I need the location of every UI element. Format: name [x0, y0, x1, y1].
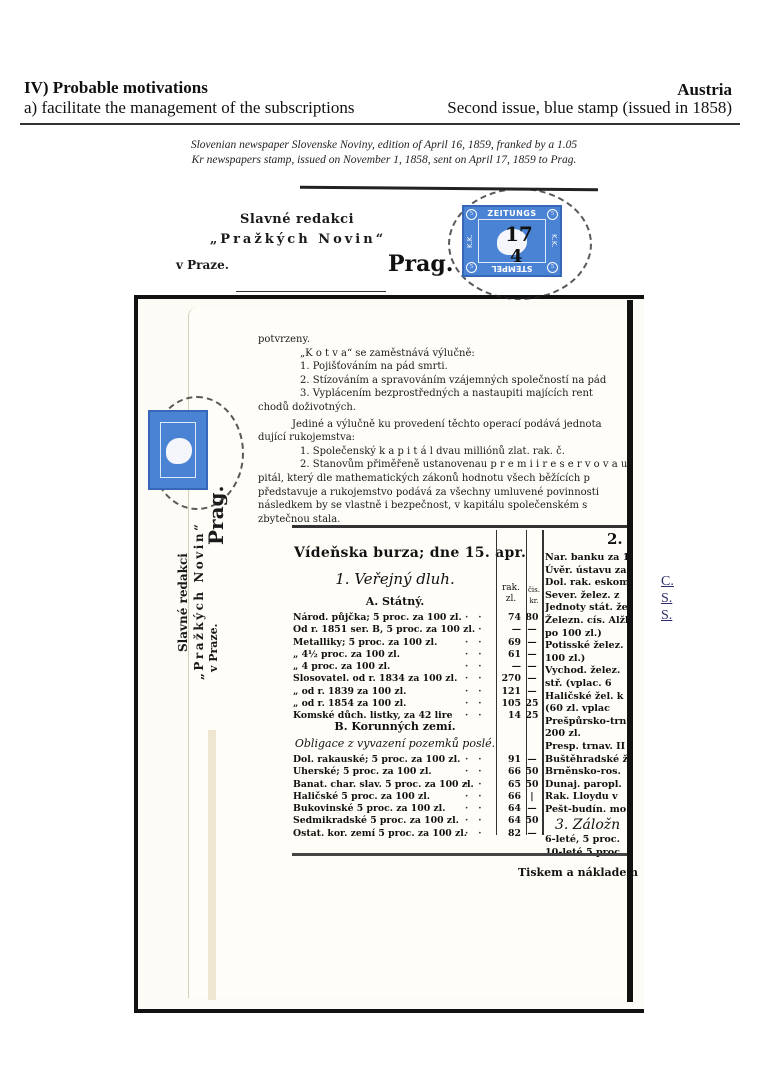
leader-dots: ·· — [465, 637, 491, 649]
cell-zl: 91 — [495, 754, 521, 766]
page-number: 2. — [607, 530, 623, 548]
cell-kr: — — [525, 754, 539, 766]
margin-codes: C.S.S. — [661, 573, 674, 624]
newspaper-bottom-divider — [292, 853, 627, 856]
stock-table-title: Vídeňska burza; dne 15. apr. — [294, 545, 526, 561]
corner-ornament: 5 — [547, 209, 558, 220]
leader-dots: ·· — [465, 779, 491, 791]
paper-fold — [208, 730, 216, 1000]
address-line-2: „Pražkých Novin“ — [208, 232, 388, 247]
stamp-top-text: ZEITUNGS — [482, 209, 542, 219]
right-column-row: Železn. cís. Alžb — [545, 615, 627, 628]
text-line: chodů doživotných. — [258, 401, 627, 415]
stock-rows-b: Dol. rakauské; 5 proc. za 100 zl.91—··Uh… — [293, 754, 543, 840]
side-destination-text: Prag. — [204, 486, 228, 545]
section-title: IV) Probable motivations — [24, 78, 208, 98]
cell-kr: | — [525, 791, 539, 803]
text-line: „K o t v a“ se zaměstnává výlučně: — [258, 347, 627, 361]
newspaper-paragraph: potvrzeny. „K o t v a“ se zaměstnává výl… — [258, 333, 627, 526]
cell-zl: 66 — [495, 766, 521, 778]
right-column-row: Rak. Lloydu v — [545, 791, 627, 804]
cell-zl: 66 — [495, 791, 521, 803]
right-column-row: 6-leté, 5 proc. — [545, 834, 627, 847]
leader-dots: ·· — [465, 803, 491, 815]
cell-zl: 270 — [495, 673, 521, 685]
leader-dots: ·· — [465, 791, 491, 803]
corner-ornament: 5 — [466, 262, 477, 273]
leader-dots: ·· — [465, 698, 491, 710]
margin-code: S. — [661, 590, 674, 607]
right-column-row: stř. (vplac. 6 — [545, 678, 627, 691]
right-column-section: 3. Záložn — [545, 816, 627, 834]
cell-kr: — — [525, 686, 539, 698]
right-column-row: Brněnsko-ros. — [545, 766, 627, 779]
postmark-month: 4 — [510, 246, 523, 267]
table-row: Národ. půjčka; 5 proc. za 100 zl.7480·· — [293, 612, 543, 624]
margin-code: S. — [661, 607, 674, 624]
leader-dots: ·· — [465, 828, 491, 840]
side-address-line-2: „Pražkých Novin“ — [192, 522, 206, 680]
mercury-head-icon — [166, 438, 192, 464]
sheet-edge — [627, 300, 633, 1002]
leader-dots: ·· — [465, 649, 491, 661]
cell-label: Od r. 1851 ser. B, 5 proc. za 100 zl. — [293, 624, 475, 636]
cell-zl: 64 — [495, 815, 521, 827]
cell-zl: 121 — [495, 686, 521, 698]
right-column-row: Nar. banku za 1 — [545, 552, 627, 565]
table-row: „ 4 proc. za 100 zl.——·· — [293, 661, 543, 673]
side-address-line-1: Slavné redakci — [176, 553, 190, 652]
right-column-row: 200 zl. — [545, 728, 627, 741]
cell-label: „ 4 proc. za 100 zl. — [293, 661, 390, 673]
cell-zl: 74 — [495, 612, 521, 624]
cell-kr: — — [525, 637, 539, 649]
cell-label: Slosovatel. od r. 1834 za 100 zl. — [293, 673, 457, 685]
printer-footer: Tiskem a nákladem — [518, 866, 638, 879]
address-line-3: v Praze. — [176, 258, 229, 272]
cell-kr: 50 — [525, 779, 539, 791]
right-column-row: Pešt-budín. mo — [545, 804, 627, 817]
stamp-side-text: K.K. — [466, 221, 476, 261]
leader-dots: ·· — [465, 673, 491, 685]
right-column-row: Úvěr. ústavu za — [545, 565, 627, 578]
leader-dots: ·· — [465, 686, 491, 698]
text-line: dující rukojemstva: — [258, 431, 627, 445]
cell-kr: 50 — [525, 815, 539, 827]
cell-kr: — — [525, 803, 539, 815]
right-column-row: 100 zl.) — [545, 653, 627, 666]
cell-label: Metalliky; 5 proc. za 100 zl. — [293, 637, 437, 649]
stock-section-b-subtitle: Obligace z vyvazení pozemků poslé. — [290, 737, 500, 750]
right-column-row: Haličské žel. k — [545, 691, 627, 704]
cell-label: Haličské 5 proc. za 100 zl. — [293, 791, 430, 803]
cell-zl: — — [495, 661, 521, 673]
cell-kr: — — [525, 673, 539, 685]
postmark-day: 17 — [505, 222, 533, 246]
table-row: „ 4½ proc. za 100 zl.61—·· — [293, 649, 543, 661]
column-header-kr: čis. kr. — [527, 585, 541, 607]
cell-label: „ od r. 1854 za 100 zl. — [293, 698, 406, 710]
caption-line-1: Slovenian newspaper Slovenske Noviny, ed… — [0, 138, 768, 153]
leader-dots: ·· — [465, 815, 491, 827]
address-underline — [236, 291, 386, 292]
cell-label: Ostat. kor. zemí 5 proc. za 100 zl. — [293, 828, 467, 840]
right-column-row: (60 zl. vplac — [545, 703, 627, 716]
table-row: Dol. rakauské; 5 proc. za 100 zl.91—·· — [293, 754, 543, 766]
right-column-row: Potisské želez. — [545, 640, 627, 653]
caption-line-2: Kr newspapers stamp, issued on November … — [0, 153, 768, 168]
address-line-1: Slavné redakci — [232, 212, 362, 227]
right-column-row: Jednoty stát. že — [545, 602, 627, 615]
corner-ornament: 5 — [466, 209, 477, 220]
cell-label: Uherské; 5 proc. za 100 zl. — [293, 766, 432, 778]
text-line: 1. Společenský k a p i t á l dvau millió… — [258, 445, 627, 459]
cell-zl: 105 — [495, 698, 521, 710]
text-line: potvrzeny. — [258, 333, 627, 347]
issue-subtitle: Second issue, blue stamp (issued in 1858… — [447, 98, 732, 118]
right-column-row: Dunaj. paropl. — [545, 779, 627, 792]
cell-zl: 61 — [495, 649, 521, 661]
corner-ornament: 5 — [547, 262, 558, 273]
cell-zl: 69 — [495, 637, 521, 649]
stock-right-column: Nar. banku za 1Úvěr. ústavu zaDol. rak. … — [545, 552, 627, 860]
leader-dots: ·· — [465, 661, 491, 673]
table-row: Uherské; 5 proc. za 100 zl.6650·· — [293, 766, 543, 778]
text-line: pitál, který dle mathematických zákonů h… — [258, 472, 627, 486]
table-row: „ od r. 1839 za 100 zl.121—·· — [293, 686, 543, 698]
text-line: 2. Stanovům přiměřeně ustanovenau p r e … — [258, 458, 627, 472]
cell-label: Banat. char. slav. 5 proc. za 100 zl. — [293, 779, 474, 791]
stamp-side-text-right: K.K. — [548, 221, 558, 261]
text-line: Jediné a výlučně ku provedení těchto ope… — [258, 415, 627, 432]
right-column-row: po 100 zl.) — [545, 628, 627, 641]
destination-text: Prag. — [388, 251, 453, 277]
leader-dots: ·· — [465, 624, 491, 636]
right-column-row: Buštěhradské ž — [545, 754, 627, 767]
cell-label: „ od r. 1839 za 100 zl. — [293, 686, 406, 698]
table-row: Ostat. kor. zemí 5 proc. za 100 zl.82—·· — [293, 828, 543, 840]
cell-zl: — — [495, 624, 521, 636]
cell-zl: 65 — [495, 779, 521, 791]
cell-label: „ 4½ proc. za 100 zl. — [293, 649, 400, 661]
side-newspaper-stamp — [148, 410, 208, 490]
text-line: představuje a rukojemstvo podává za všec… — [258, 486, 627, 500]
cell-label: Bukovinské 5 proc. za 100 zl. — [293, 803, 445, 815]
table-row: Bukovinské 5 proc. za 100 zl.64—·· — [293, 803, 543, 815]
newspaper-divider — [292, 525, 627, 528]
table-row: Od r. 1851 ser. B, 5 proc. za 100 zl.——·… — [293, 624, 543, 636]
cell-kr: — — [525, 828, 539, 840]
right-column-row: Sever. želez. z — [545, 590, 627, 603]
leader-dots: ·· — [465, 766, 491, 778]
table-row: „ od r. 1854 za 100 zl.10525·· — [293, 698, 543, 710]
cell-kr: 80 — [525, 612, 539, 624]
table-row: Slosovatel. od r. 1834 za 100 zl.270—·· — [293, 673, 543, 685]
text-line: 3. Vyplácením bezprostředných a nastaupi… — [258, 387, 627, 401]
country-title: Austria — [677, 80, 732, 100]
table-row: Haličské 5 proc. za 100 zl.66|·· — [293, 791, 543, 803]
cell-kr: 25 — [525, 710, 539, 722]
stock-table-subtitle: 1. Veřejný dluh. — [290, 570, 500, 588]
cell-label: Národ. půjčka; 5 proc. za 100 zl. — [293, 612, 462, 624]
side-address-line-3: v Praze. — [207, 624, 220, 673]
right-column-row: Vychod. želez. — [545, 665, 627, 678]
stock-rows-a: Národ. půjčka; 5 proc. za 100 zl.7480··O… — [293, 612, 543, 723]
wrapper-strip-edge — [300, 186, 598, 192]
header-divider — [20, 123, 740, 125]
table-row: Banat. char. slav. 5 proc. za 100 zl.655… — [293, 779, 543, 791]
cell-kr: 50 — [525, 766, 539, 778]
cell-zl: 64 — [495, 803, 521, 815]
cell-kr: — — [525, 624, 539, 636]
column-header-zl: rak. zl. — [497, 583, 525, 605]
margin-code: C. — [661, 573, 674, 590]
section-subtitle: a) facilitate the management of the subs… — [24, 98, 354, 118]
right-column-row: Prešpůrsko-trn — [545, 716, 627, 729]
leader-dots: ·· — [465, 612, 491, 624]
leader-dots: ·· — [465, 754, 491, 766]
text-line: 2. Stízováním a spravováním vzájemných s… — [258, 374, 627, 388]
cell-kr: — — [525, 661, 539, 673]
text-line: 1. Pojišťováním na pád smrti. — [258, 360, 627, 374]
exhibit-caption: Slovenian newspaper Slovenske Noviny, ed… — [0, 138, 768, 168]
text-line: následkem by se vlastně i bezpečnost, v … — [258, 499, 627, 513]
cell-label: Sedmikradské 5 proc. za 100 zl. — [293, 815, 459, 827]
table-row: Sedmikradské 5 proc. za 100 zl.6450·· — [293, 815, 543, 827]
cell-kr: 25 — [525, 698, 539, 710]
stock-section-b: B. Korunných zemí. — [290, 720, 500, 733]
right-column-row: Dol. rak. eskom — [545, 577, 627, 590]
table-row: Metalliky; 5 proc. za 100 zl.69—·· — [293, 637, 543, 649]
right-column-row: Presp. trnav. II — [545, 741, 627, 754]
cell-kr: — — [525, 649, 539, 661]
cell-label: Dol. rakauské; 5 proc. za 100 zl. — [293, 754, 460, 766]
stock-section-a: A. Státný. — [290, 595, 500, 608]
cell-zl: 82 — [495, 828, 521, 840]
